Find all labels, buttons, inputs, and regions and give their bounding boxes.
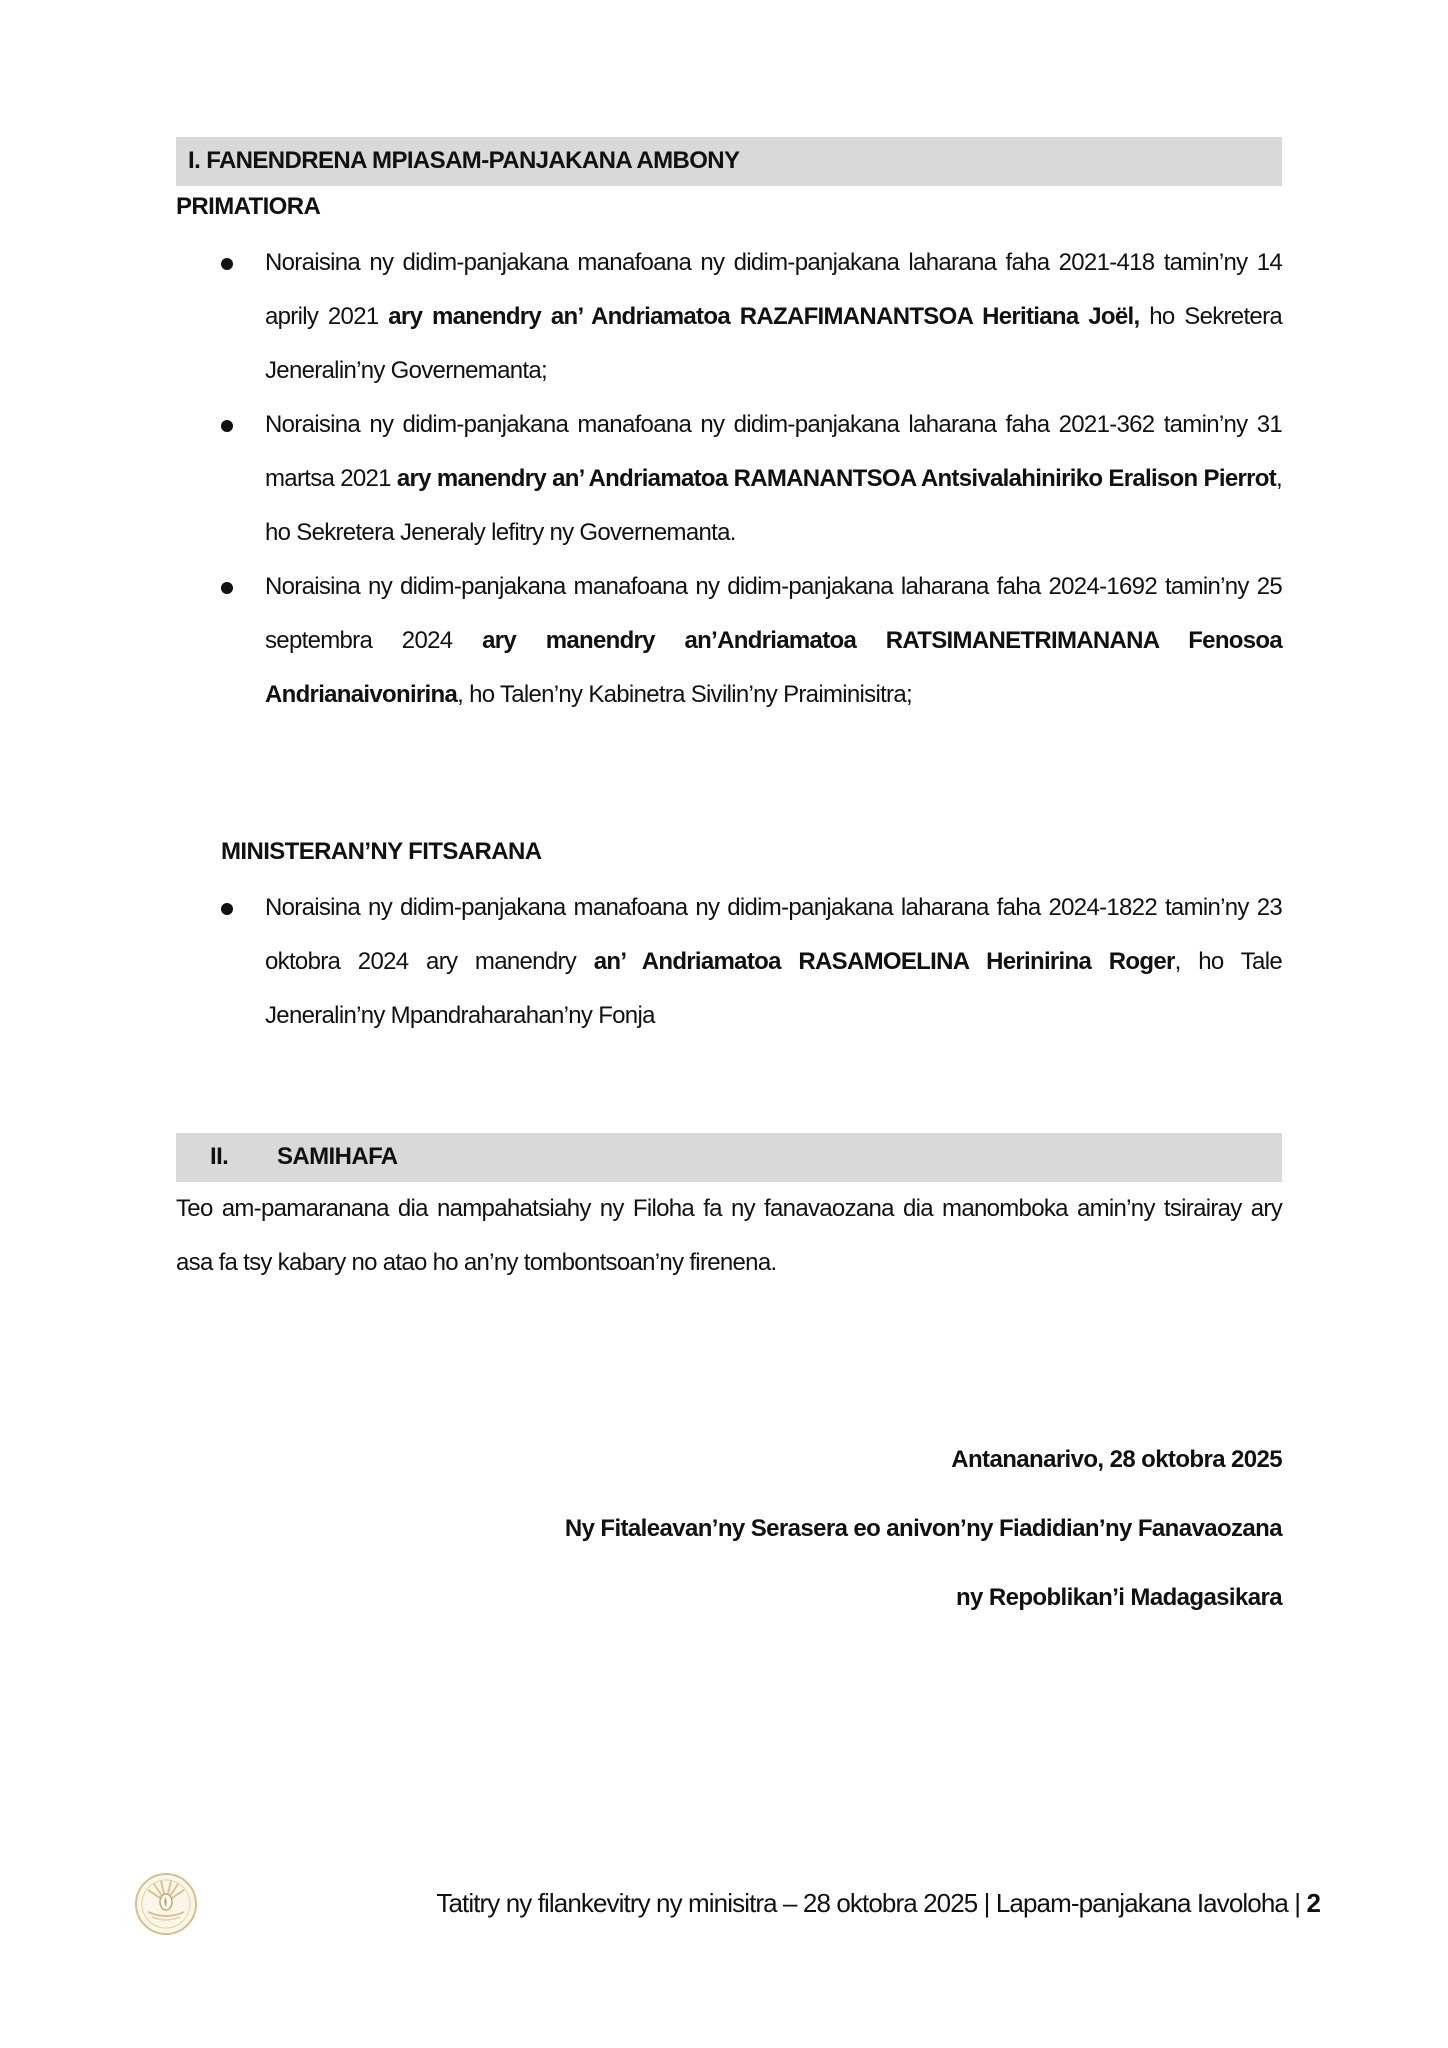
section-1-heading-bar: I. FANENDRENA MPIASAM-PANJAKANA AMBONY (176, 137, 1282, 186)
bullet-icon (221, 582, 233, 594)
section-2-body: Teo am-pamaranana dia nampahatsiahy ny F… (176, 1182, 1282, 1290)
document-page: I. FANENDRENA MPIASAM-PANJAKANA AMBONY P… (0, 0, 1448, 2048)
group-title-ministera-fitsarana: MINISTERAN’NY FITSARANA (221, 838, 541, 866)
list-item-text: Noraisina ny didim-panjakana manafoana n… (265, 881, 1282, 1043)
list-item-text: Noraisina ny didim-panjakana manafoana n… (265, 236, 1282, 398)
signature-place-date: Antananarivo, 28 oktobra 2025 (951, 1446, 1282, 1474)
bullet-icon (221, 258, 233, 270)
bullet-icon (221, 420, 233, 432)
section-2-heading-bar: II. SAMIHAFA (176, 1133, 1282, 1182)
list-item-text: Noraisina ny didim-panjakana manafoana n… (265, 560, 1282, 722)
section-2-number: II. (210, 1143, 228, 1171)
page-footer: Tatitry ny filankevitry ny minisitra – 2… (436, 1888, 1320, 1919)
footer-text: Tatitry ny filankevitry ny minisitra – 2… (436, 1888, 1306, 1918)
group-title-primatiora: PRIMATIORA (176, 193, 320, 221)
signature-line-2: ny Repoblikan’i Madagasikara (956, 1584, 1282, 1612)
section-1-heading: I. FANENDRENA MPIASAM-PANJAKANA AMBONY (188, 147, 739, 175)
presidency-seal-icon (134, 1872, 198, 1936)
bullet-icon (221, 903, 233, 915)
signature-line-1: Ny Fitaleavan’ny Serasera eo anivon’ny F… (565, 1515, 1282, 1543)
list-item-text: Noraisina ny didim-panjakana manafoana n… (265, 398, 1282, 560)
section-2-heading: SAMIHAFA (277, 1143, 398, 1171)
page-number: 2 (1306, 1888, 1320, 1918)
